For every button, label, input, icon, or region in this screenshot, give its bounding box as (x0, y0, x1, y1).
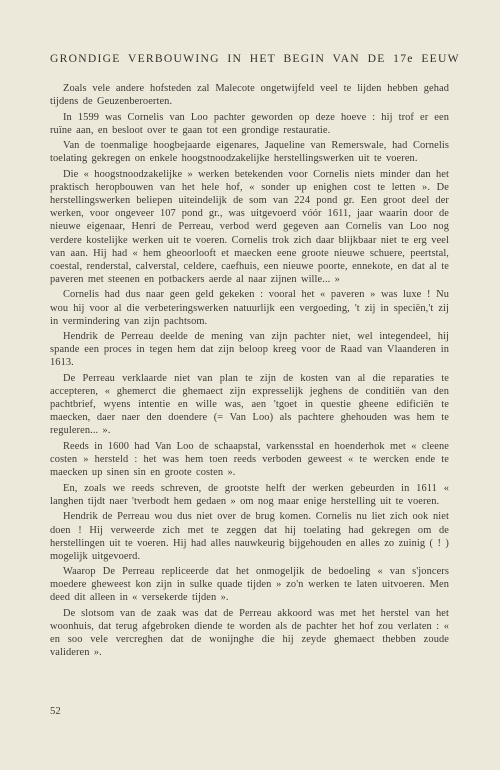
book-page: GRONDIGE VERBOUWING IN HET BEGIN VAN DE … (0, 0, 500, 770)
paragraph: In 1599 was Cornelis van Loo pachter gew… (50, 111, 449, 137)
paragraph: Die « hoogstnoodzakelijke » werken betek… (50, 168, 449, 286)
paragraph: Van de toenmalige hoogbejaarde eigenares… (50, 139, 449, 165)
paragraph: Cornelis had dus naar geen geld gekeken … (50, 288, 449, 327)
paragraph: De slotsom van de zaak was dat de Perrea… (50, 607, 449, 659)
paragraph: Hendrik de Perreau deelde de mening van … (50, 330, 449, 369)
paragraph: Waarop De Perreau repliceerde dat het on… (50, 565, 449, 604)
page-number: 52 (50, 705, 61, 717)
paragraph: Reeds in 1600 had Van Loo de schaapstal,… (50, 440, 449, 479)
page-body: Zoals vele andere hofsteden zal Malecote… (50, 82, 449, 659)
paragraph: De Perreau verklaarde niet van plan te z… (50, 372, 449, 437)
paragraph: Hendrik de Perreau wou dus niet over de … (50, 510, 449, 562)
paragraph: En, zoals we reeds schreven, de grootste… (50, 482, 449, 508)
paragraph: Zoals vele andere hofsteden zal Malecote… (50, 82, 449, 108)
page-title: GRONDIGE VERBOUWING IN HET BEGIN VAN DE … (50, 52, 449, 65)
